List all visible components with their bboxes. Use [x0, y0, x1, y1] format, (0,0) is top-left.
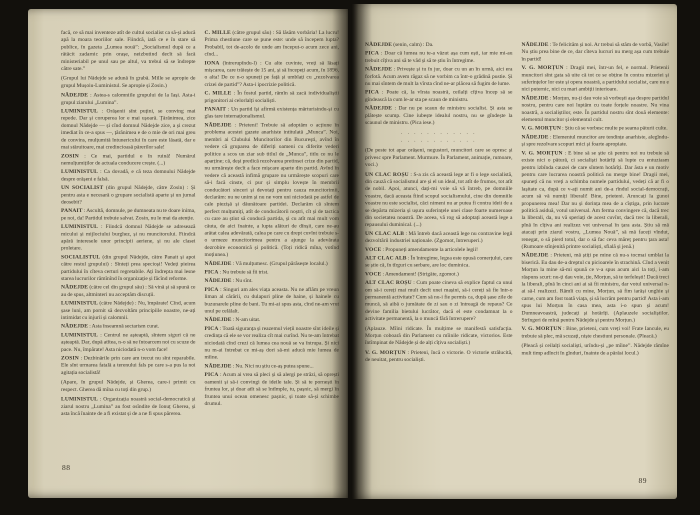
dialog-paragraph: PICA : Acum ai vrea să pleci și să alerg…: [205, 371, 340, 407]
dialog-paragraph: PANAIT : Un partid își afirmă existența …: [205, 106, 340, 120]
left-page-column-2: C. MILLE (către grupul său) : Să lăsăm v…: [205, 29, 340, 419]
dialog-paragraph: ALT CLAC ROȘU : Cum poate cineva să expl…: [365, 279, 513, 322]
speaker-name: VOCE: [365, 246, 381, 252]
dialog-paragraph: ZOSIN : Dezbinările prin care am trecut …: [61, 355, 196, 377]
dialog-paragraph: PICA : Singuri am ales viața aceasta. Nu…: [205, 286, 340, 315]
dialog-paragraph: V. G. MORȚUN : Știu că se vorbesc multe …: [522, 125, 670, 132]
stage-direction: (Aplauze. Mîini ridicate. În mulțime se …: [365, 325, 513, 347]
speaker-name: LUMINISTUL: [61, 396, 98, 402]
speaker-direction: (senin, calm): [392, 42, 422, 48]
dialog-paragraph: PICA : Toată siguranța și reazemul vieți…: [205, 325, 340, 361]
speaker-name: NĂDEJDE: [522, 134, 549, 140]
speaker-name: NĂDEJDE: [61, 92, 88, 98]
dialog-paragraph: LUMINISTUL : Ca dovadă, e că teza domnul…: [61, 168, 196, 182]
speaker-name: NĂDEJDE: [61, 323, 88, 329]
speaker-name: UN SOCIALIST: [61, 185, 103, 191]
dialog-paragraph: PANAIT : Ascultă, domnule, pe dumneata n…: [61, 207, 196, 221]
speaker-name: LUMINISTUL: [61, 224, 98, 230]
speaker-name: PICA: [205, 372, 219, 378]
speaker-name: ALT CLAC ALB: [365, 255, 407, 261]
left-page: facă, ce să mai inventeze atît de cultul…: [28, 9, 348, 498]
speaker-name: PANAIT: [205, 106, 227, 112]
speaker-name: PANAIT: [61, 208, 83, 214]
dialog-paragraph: IONA (întrerupîndu-l) : Cu alte cuvinte,…: [205, 59, 340, 88]
dialog-paragraph: UN SOCIALIST (din grupul Nădejde, către …: [61, 184, 196, 206]
page-number-left: 88: [62, 463, 71, 472]
speaker-direction: (către cel din grupul său): [88, 284, 144, 290]
page-number-right: 89: [639, 476, 648, 485]
dialog-paragraph: C. MILLE : În fostul partid, rămîn să za…: [205, 90, 340, 104]
speaker-name: ALT CLAC ROȘU: [365, 280, 412, 286]
dialog-paragraph: NĂDEJDE (senin, calm) : Da.: [365, 41, 513, 48]
dialog-paragraph: PICA : Poate că, la vîrsta noastră, ceil…: [365, 89, 513, 103]
right-page: NĂDEJDE (senin, calm) : Da.PICA : Doar c…: [352, 4, 677, 499]
speaker-name: NĂDEJDE: [61, 284, 88, 290]
speaker-direction: (întrerupîndu-l): [219, 60, 256, 66]
dialog-paragraph: VOCE : Amendament! (Strigăte, zgomot.): [365, 270, 513, 277]
speaker-name: UN CLAC ALB: [365, 230, 404, 236]
speaker-name: NĂDEJDE: [205, 122, 232, 128]
dialog-paragraph: NĂDEJDE : Te felicităm și noi. Ar trebui…: [522, 41, 670, 63]
dialog-paragraph: NĂDEJDE (către cel din grupul său) : Să …: [61, 284, 196, 298]
speaker-name: NĂDEJDE: [522, 252, 549, 258]
dialog-paragraph: NĂDEJDE : Astea-s calomniile grupului de…: [61, 92, 196, 106]
dialog-paragraph: NĂDEJDE : Privește și tu în jur, doar cu…: [365, 66, 513, 88]
speaker-name: UN CLAC ROȘU: [365, 171, 409, 177]
speaker-name: NĂDEJDE: [205, 278, 232, 284]
speaker-name: NĂDEJDE: [522, 42, 549, 48]
dialog-paragraph: LUMINISTUL (către Nădejde) : Nu, împărat…: [61, 300, 196, 322]
speaker-name: PICA: [205, 269, 219, 275]
speaker-name: NĂDEJDE: [365, 105, 392, 111]
dialog-paragraph: NĂDEJDE : Elementul muncitor are tendinț…: [522, 133, 670, 147]
speaker-name: PICA: [365, 89, 379, 95]
stage-direction: (Apare, în grupul Nădejde, și Gherea, ca…: [61, 379, 196, 393]
speaker-name: C. MILLE: [205, 30, 231, 36]
dialog-paragraph: PICA : Nu trebuie să fii trist.: [205, 269, 340, 276]
book-spread: facă, ce să mai inventeze atît de cultul…: [0, 0, 700, 515]
right-page-column-2: NĂDEJDE : Te felicităm și noi. Ar trebui…: [522, 41, 670, 365]
dialog-paragraph: LUMINISTUL : Organizația noastră social-…: [61, 396, 196, 418]
speaker-name: NĂDEJDE: [365, 66, 392, 72]
speaker-name: LUMINISTUL: [61, 300, 98, 306]
stage-direction: (De peste tot apar orășeni, negustori, m…: [365, 147, 513, 169]
right-page-text-area: NĂDEJDE (senin, calm) : Da.PICA : Doar c…: [365, 41, 669, 479]
speaker-name: ZOSIN: [61, 153, 79, 159]
dialog-paragraph: UN CLAC ROȘU : S-a zis că această lege a…: [365, 171, 513, 229]
speaker-name: PICA: [365, 50, 379, 56]
speaker-name: V. G. MORȚUN: [522, 125, 562, 131]
dialog-paragraph: LUMINISTUL : Fiindcă domnul Nădejde se a…: [61, 223, 196, 252]
dialog-paragraph: VOCE : Propuneți amendamente la articole…: [365, 246, 513, 253]
stage-direction: (Grupul lui Nădejde se adună în grabă. M…: [61, 75, 196, 89]
dialog-paragraph: PICA : Doar că lumea nu te-a văzut așa c…: [365, 50, 513, 64]
dialog-paragraph: V. G. MORȚUN : Bine, prieteni, cum vreți…: [522, 325, 670, 339]
dialog-paragraph: NĂDEJDE : Nu. Nici nu știu ce-aș putea s…: [205, 362, 340, 369]
dialog-paragraph: LUMINISTUL : Orășenii sînt puțini, se co…: [61, 108, 196, 151]
speaker-name: NĂDEJDE: [205, 260, 232, 266]
dialog-paragraph: facă, ce să mai inventeze atît de cultul…: [61, 29, 196, 72]
speaker-direction: (către Nădejde): [98, 300, 134, 306]
speaker-name: NĂDEJDE: [205, 363, 232, 369]
speaker-direction: (din grupul Nădejde, către Zosin): [103, 185, 184, 191]
speaker-name: LUMINISTUL: [61, 332, 98, 338]
speaker-name: NĂDEJDE: [522, 95, 549, 101]
dialog-paragraph: LUMINISTUL : Centrul ne așteaptă, sîntem…: [61, 331, 196, 353]
dialog-paragraph: C. MILLE (către grupul său) : Să lăsăm v…: [205, 29, 340, 58]
scene-separator: . . . . . . . . . . . . . . . . . . . . …: [365, 129, 513, 143]
dialog-paragraph: NĂDEJDE : Nu sînt.: [205, 277, 340, 284]
left-page-text-area: facă, ce să mai inventeze atît de cultul…: [61, 29, 339, 467]
dialog-paragraph: ZOSIN : Ce mai, partidul e în ruină! Num…: [61, 152, 196, 166]
speaker-name: SOCIALISTUL: [61, 254, 100, 260]
speaker-name: NĂDEJDE: [205, 317, 232, 323]
speaker-name: PICA: [205, 325, 219, 331]
speaker-name: V. G. MORȚUN: [365, 349, 406, 355]
speaker-name: V. G. MORȚUN: [522, 65, 564, 71]
dialog-paragraph: NĂDEJDE : N-am uitat.: [205, 316, 340, 323]
speaker-name: C. MILLE: [205, 90, 232, 96]
speaker-name: LUMINISTUL: [61, 169, 98, 175]
speaker-name: PICA: [205, 286, 219, 292]
dialog-paragraph: V. G. MORȚUN : Dragii mei, într-un fel, …: [522, 64, 670, 93]
dialog-paragraph: V. G. MORȚUN : Prieteni, încă o victorie…: [365, 349, 513, 363]
left-page-column-1: facă, ce să mai inventeze atît de cultul…: [61, 29, 196, 419]
dialog-paragraph: NĂDEJDE : Dar nu pe scaun de ministru so…: [365, 105, 513, 127]
speaker-name: IONA: [205, 60, 220, 66]
dialog-paragraph: NĂDEJDE : Prieteni! Trebuie să adoptăm o…: [205, 121, 340, 258]
dialog-paragraph: NĂDEJDE : Vă mulțumesc. (Grupul părăseșt…: [205, 260, 340, 267]
dialog-paragraph: NĂDEJDE : Asta înseamnă sectarism curat.: [61, 323, 196, 330]
dialog-paragraph: NĂDEJDE : Prieteni, mă știți pe mine că …: [522, 252, 670, 324]
speaker-name: V. G. MORȚUN: [522, 326, 562, 332]
right-page-column-1: NĂDEJDE (senin, calm) : Da.PICA : Doar c…: [365, 41, 513, 365]
stage-direction: (Pleacă și ceilalți socialiști, urîndu-ș…: [522, 342, 670, 356]
dialog-paragraph: SOCIALISTUL (din grupul Nădejde, către P…: [61, 253, 196, 282]
dialog-paragraph: ALT CLAC ALB : În întregime, legea este …: [365, 254, 513, 268]
speaker-name: NĂDEJDE: [365, 42, 392, 48]
dialog-paragraph: UN CLAC ALB : Mă întreb dacă această leg…: [365, 230, 513, 244]
dialog-paragraph: NĂDEJDE : Morțun, nu-ți dau voie să vorb…: [522, 94, 670, 123]
speaker-direction: (către grupul său): [231, 30, 271, 36]
speaker-name: VOCE: [365, 271, 381, 277]
speaker-name: ZOSIN: [61, 355, 79, 361]
dialog-paragraph: V. G. MORȚUN : E bine să se știe că pent…: [522, 149, 670, 250]
speaker-name: LUMINISTUL: [61, 108, 98, 114]
speaker-name: V. G. MORȚUN: [522, 150, 563, 156]
